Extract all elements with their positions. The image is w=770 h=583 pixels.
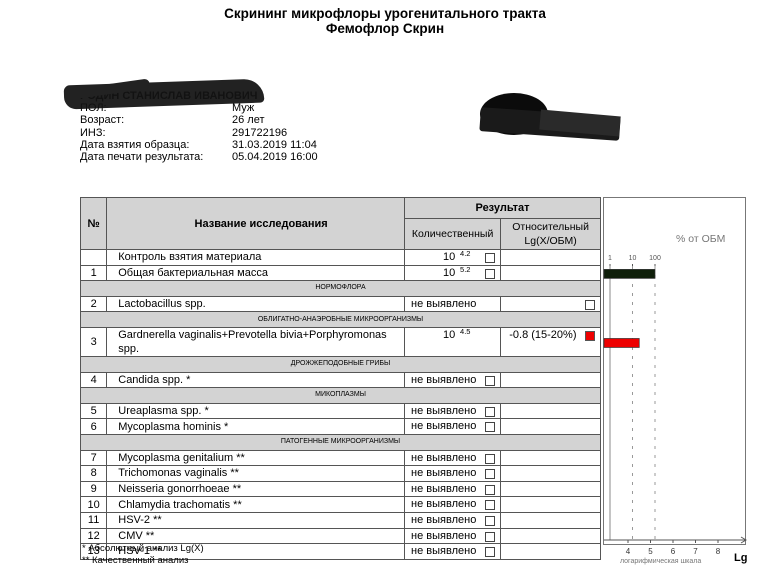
log-chart: 11010045678 xyxy=(603,197,746,545)
result-bar xyxy=(604,338,639,347)
row-number: 2 xyxy=(81,296,107,312)
patient-field-value: Муж xyxy=(232,102,254,114)
x-tick-label: 6 xyxy=(671,547,676,556)
quantitative-result: не выявлено xyxy=(405,296,501,312)
relative-result xyxy=(501,296,601,312)
checkbox-icon xyxy=(485,422,495,432)
patient-field-value: 26 лет xyxy=(232,114,265,126)
relative-result: -0.8 (15-20%) xyxy=(501,327,601,356)
table-row: 12CMV **не выявлено xyxy=(81,528,601,544)
report-title-line2: Фемофлор Скрин xyxy=(0,21,770,36)
quantitative-result: не выявлено xyxy=(405,528,501,544)
quantitative-result: не выявлено xyxy=(405,403,501,419)
relative-value: -0.8 (15-20%) xyxy=(509,328,576,342)
patient-field-label: ИНЗ: xyxy=(80,127,232,139)
test-name: Ureaplasma spp. * xyxy=(107,403,405,419)
quantity-exponent: 5.2 xyxy=(460,263,470,277)
not-detected-text: не выявлено xyxy=(411,544,476,558)
row-number xyxy=(81,250,107,266)
test-name: Trichomonas vaginalis ** xyxy=(107,466,405,482)
patient-field: Дата печати результата:05.04.2019 16:00 xyxy=(80,151,318,163)
relative-result xyxy=(501,419,601,435)
col-header-quantitative: Количественный xyxy=(405,219,501,250)
quantitative-result: не выявлено xyxy=(405,419,501,435)
relative-result xyxy=(501,250,601,266)
table-row: 10Chlamydia trachomatis **не выявлено xyxy=(81,497,601,513)
group-label: ОБЛИГАТНО-АНАЭРОБНЫЕ МИКРООРГАНИЗМЫ xyxy=(81,312,601,328)
group-header-row: ПАТОГЕННЫЕ МИКРООРГАНИЗМЫ xyxy=(81,434,601,450)
patient-field-label: Дата взятия образца: xyxy=(80,139,232,151)
quantitative-result: не выявлено xyxy=(405,544,501,560)
checkbox-icon xyxy=(485,469,495,479)
top-tick-label: 10 xyxy=(629,255,637,262)
checkbox-icon xyxy=(585,300,595,310)
test-name: Контроль взятия материала xyxy=(107,250,405,266)
quantitative-result: не выявлено xyxy=(405,466,501,482)
quantity-base: 10 xyxy=(443,266,455,280)
x-tick-label: 4 xyxy=(626,547,631,556)
x-tick-label: 5 xyxy=(648,547,653,556)
table-row: 2Lactobacillus spp.не выявлено xyxy=(81,296,601,312)
quantitative-result: не выявлено xyxy=(405,512,501,528)
x-tick-label: 7 xyxy=(693,547,698,556)
col-header-name: Название исследования xyxy=(107,198,405,250)
not-detected-text: не выявлено xyxy=(411,373,476,387)
quantitative-result: не выявлено xyxy=(405,450,501,466)
footnote: * Абсолютный анализ Lg(X) xyxy=(82,543,204,554)
table-row: 6Mycoplasma hominis *не выявлено xyxy=(81,419,601,435)
chart-axis-unit: Lg xyxy=(734,552,747,564)
row-number: 9 xyxy=(81,481,107,497)
table-row: 4Candida spp. *не выявлено xyxy=(81,372,601,388)
table-row: 9Neisseria gonorrhoeae **не выявлено xyxy=(81,481,601,497)
table-row: Контроль взятия материала104.2 xyxy=(81,250,601,266)
patient-field: ИНЗ:291722196 xyxy=(80,127,318,139)
col-header-num: № xyxy=(81,198,107,250)
relative-result xyxy=(501,265,601,281)
table-row: 3Gardnerella vaginalis+Prevotella bivia+… xyxy=(81,327,601,356)
not-detected-text: не выявлено xyxy=(411,482,476,496)
report-title: Скрининг микрофлоры урогенитального трак… xyxy=(0,6,770,36)
patient-field-label: Возраст: xyxy=(80,114,232,126)
not-detected-text: не выявлено xyxy=(411,497,476,511)
patient-field: Дата взятия образца:31.03.2019 11:04 xyxy=(80,139,318,151)
results-table: № Название исследования Результат Количе… xyxy=(80,197,601,560)
not-detected-text: не выявлено xyxy=(411,513,476,527)
checkbox-icon xyxy=(485,485,495,495)
patient-field-value: 291722196 xyxy=(232,127,287,139)
relative-result xyxy=(501,512,601,528)
checkbox-icon xyxy=(485,547,495,557)
patient-field-value: 05.04.2019 16:00 xyxy=(232,151,318,163)
test-name: Mycoplasma genitalium ** xyxy=(107,450,405,466)
red-indicator-icon xyxy=(585,331,595,341)
table-row: 1Общая бактериальная масса105.2 xyxy=(81,265,601,281)
checkbox-icon xyxy=(485,500,495,510)
not-detected-text: не выявлено xyxy=(411,451,476,465)
checkbox-icon xyxy=(485,516,495,526)
not-detected-text: не выявлено xyxy=(411,419,476,433)
test-name: Gardnerella vaginalis+Prevotella bivia+P… xyxy=(107,327,405,356)
group-label: МИКОПЛАЗМЫ xyxy=(81,388,601,404)
patient-field-label: Дата печати результата: xyxy=(80,151,232,163)
not-detected-text: не выявлено xyxy=(411,404,476,418)
not-detected-text: не выявлено xyxy=(411,466,476,480)
table-row: 11HSV-2 **не выявлено xyxy=(81,512,601,528)
quantity-base: 10 xyxy=(443,328,455,342)
checkbox-icon xyxy=(485,454,495,464)
chart-xlabel: логарифмическая шкала xyxy=(620,558,701,565)
not-detected-text: не выявлено xyxy=(411,297,476,311)
x-tick-label: 8 xyxy=(716,547,721,556)
quantitative-result: не выявлено xyxy=(405,372,501,388)
checkbox-icon xyxy=(485,253,495,263)
group-label: ПАТОГЕННЫЕ МИКРООРГАНИЗМЫ xyxy=(81,434,601,450)
checkbox-icon xyxy=(485,376,495,386)
row-number: 5 xyxy=(81,403,107,419)
quantity-exponent: 4.2 xyxy=(460,247,470,261)
col-header-result: Результат xyxy=(405,198,601,219)
checkbox-icon xyxy=(485,407,495,417)
row-number: 8 xyxy=(81,466,107,482)
relative-result xyxy=(501,497,601,513)
relative-result xyxy=(501,403,601,419)
quantitative-result: не выявлено xyxy=(405,497,501,513)
quantity-exponent: 4.5 xyxy=(460,325,470,339)
relative-result xyxy=(501,528,601,544)
row-number: 12 xyxy=(81,528,107,544)
test-name: Candida spp. * xyxy=(107,372,405,388)
test-name: Mycoplasma hominis * xyxy=(107,419,405,435)
group-header-row: НОРМОФЛОРА xyxy=(81,281,601,297)
group-header-row: ДРОЖЖЕПОДОБНЫЕ ГРИБЫ xyxy=(81,356,601,372)
checkbox-icon xyxy=(485,532,495,542)
row-number: 10 xyxy=(81,497,107,513)
relative-result xyxy=(501,544,601,560)
footnote: ** Качественный анализ xyxy=(82,555,189,566)
quantitative-result: 104.5 xyxy=(405,327,501,356)
row-number: 7 xyxy=(81,450,107,466)
row-number: 4 xyxy=(81,372,107,388)
test-name: Lactobacillus spp. xyxy=(107,296,405,312)
log-chart-plot: 11010045678 xyxy=(604,198,745,578)
table-row: 7Mycoplasma genitalium **не выявлено xyxy=(81,450,601,466)
quantity-base: 10 xyxy=(443,250,455,264)
group-label: НОРМОФЛОРА xyxy=(81,281,601,297)
result-bar xyxy=(604,269,655,278)
top-tick-label: 100 xyxy=(649,255,661,262)
checkbox-icon xyxy=(485,269,495,279)
table-row: 5Ureaplasma spp. *не выявлено xyxy=(81,403,601,419)
test-name: HSV-2 ** xyxy=(107,512,405,528)
table-row: 8Trichomonas vaginalis **не выявлено xyxy=(81,466,601,482)
test-name: Chlamydia trachomatis ** xyxy=(107,497,405,513)
chart-title: % от ОБМ xyxy=(676,233,725,245)
row-number: 6 xyxy=(81,419,107,435)
patient-field-value: 31.03.2019 11:04 xyxy=(232,139,317,151)
row-number: 1 xyxy=(81,265,107,281)
patient-field: Возраст:26 лет xyxy=(80,114,318,126)
relative-result xyxy=(501,481,601,497)
report-title-line1: Скрининг микрофлоры урогенитального трак… xyxy=(0,6,770,21)
relative-result xyxy=(501,450,601,466)
row-number: 11 xyxy=(81,512,107,528)
quantitative-result: 105.2 xyxy=(405,265,501,281)
row-number: 3 xyxy=(81,327,107,356)
quantitative-result: 104.2 xyxy=(405,250,501,266)
relative-result xyxy=(501,466,601,482)
test-name: Общая бактериальная масса xyxy=(107,265,405,281)
test-name: CMV ** xyxy=(107,528,405,544)
test-name: Neisseria gonorrhoeae ** xyxy=(107,481,405,497)
group-label: ДРОЖЖЕПОДОБНЫЕ ГРИБЫ xyxy=(81,356,601,372)
col-header-relative: Относительный Lg(X/ОБМ) xyxy=(501,219,601,250)
not-detected-text: не выявлено xyxy=(411,529,476,543)
group-header-row: ОБЛИГАТНО-АНАЭРОБНЫЕ МИКРООРГАНИЗМЫ xyxy=(81,312,601,328)
group-header-row: МИКОПЛАЗМЫ xyxy=(81,388,601,404)
quantitative-result: не выявлено xyxy=(405,481,501,497)
relative-result xyxy=(501,372,601,388)
top-tick-label: 1 xyxy=(608,255,612,262)
